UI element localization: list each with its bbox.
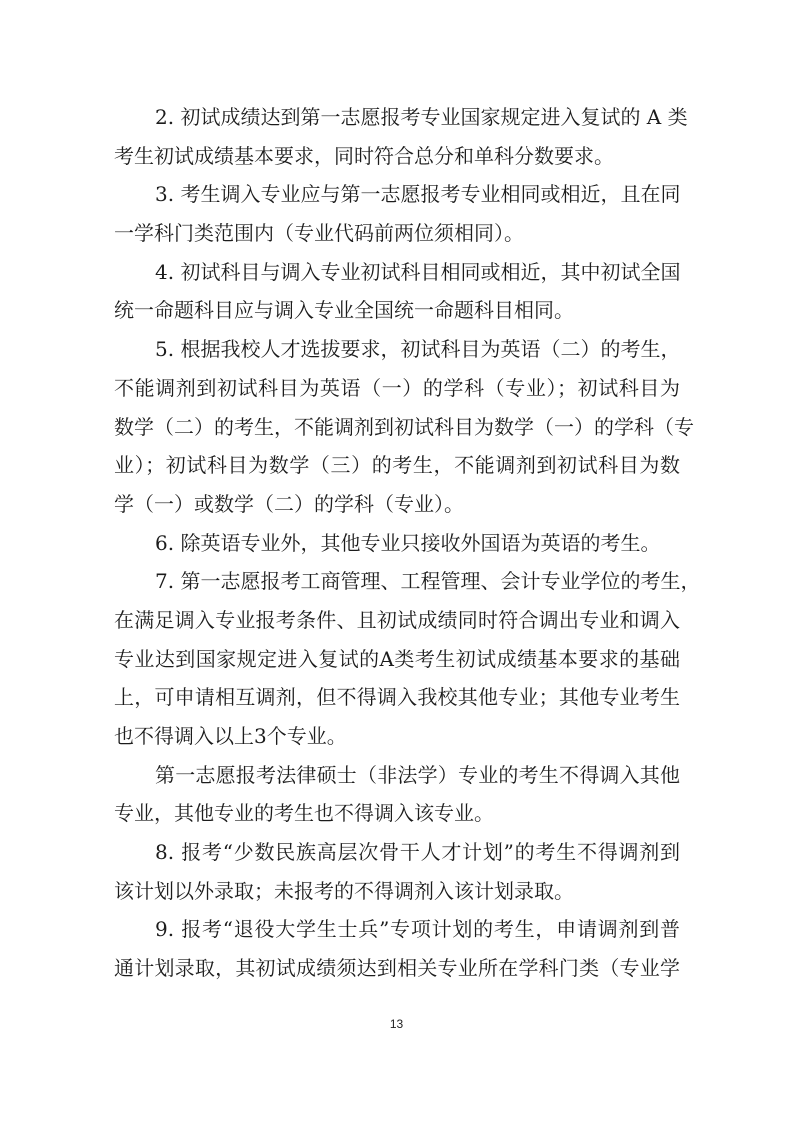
text-line: 也不得调入以上3个专业。 xyxy=(114,717,680,756)
text-line: 在满足调入专业报考条件、且初试成绩同时符合调出专业和调入 xyxy=(114,601,680,640)
text-line: 2. 初试成绩达到第一志愿报考专业国家规定进入复试的 A 类 xyxy=(114,98,680,137)
text-line: 不能调剂到初试科目为英语（一）的学科（专业）；初试科目为 xyxy=(114,369,680,408)
paragraph-item-8: 8. 报考“少数民族高层次骨干人才计划”的考生不得调剂到 该计划以外录取；未报考… xyxy=(114,833,680,910)
text-line: 考生初试成绩基本要求，同时符合总分和单科分数要求。 xyxy=(114,137,680,176)
paragraph-item-3: 3. 考生调入专业应与第一志愿报考专业相同或相近，且在同 一学科门类范围内（专业… xyxy=(114,175,680,252)
paragraph-item-5: 5. 根据我校人才选拔要求，初试科目为英语（二）的考生， 不能调剂到初试科目为英… xyxy=(114,330,680,523)
paragraph-law-master: 第一志愿报考法律硕士（非法学）专业的考生不得调入其他 专业，其他专业的考生也不得… xyxy=(114,756,680,833)
body-text: 2. 初试成绩达到第一志愿报考专业国家规定进入复试的 A 类 考生初试成绩基本要… xyxy=(114,98,680,988)
paragraph-item-4: 4. 初试科目与调入专业初试科目相同或相近，其中初试全国 统一命题科目应与调入专… xyxy=(114,253,680,330)
paragraph-item-2: 2. 初试成绩达到第一志愿报考专业国家规定进入复试的 A 类 考生初试成绩基本要… xyxy=(114,98,680,175)
text-line: 上，可申请相互调剂，但不得调入我校其他专业；其他专业考生 xyxy=(114,678,680,717)
text-line: 专业达到国家规定进入复试的A类考生初试成绩基本要求的基础 xyxy=(114,640,680,679)
text-line: 4. 初试科目与调入专业初试科目相同或相近，其中初试全国 xyxy=(114,253,680,292)
text-line: 数学（二）的考生，不能调剂到初试科目为数学（一）的学科（专 xyxy=(114,408,680,447)
text-line: 专业，其他专业的考生也不得调入该专业。 xyxy=(114,794,680,833)
text-line: 第一志愿报考法律硕士（非法学）专业的考生不得调入其他 xyxy=(114,756,680,795)
text-line: 7. 第一志愿报考工商管理、工程管理、会计专业学位的考生， xyxy=(114,562,680,601)
text-line: 5. 根据我校人才选拔要求，初试科目为英语（二）的考生， xyxy=(114,330,680,369)
document-page: 2. 初试成绩达到第一志愿报考专业国家规定进入复试的 A 类 考生初试成绩基本要… xyxy=(0,0,793,1122)
paragraph-item-6: 6. 除英语专业外，其他专业只接收外国语为英语的考生。 xyxy=(114,524,680,563)
text-line: 8. 报考“少数民族高层次骨干人才计划”的考生不得调剂到 xyxy=(114,833,680,872)
paragraph-item-7: 7. 第一志愿报考工商管理、工程管理、会计专业学位的考生， 在满足调入专业报考条… xyxy=(114,562,680,755)
text-line: 一学科门类范围内（专业代码前两位须相同）。 xyxy=(114,214,680,253)
text-line: 3. 考生调入专业应与第一志愿报考专业相同或相近，且在同 xyxy=(114,175,680,214)
text-line: 统一命题科目应与调入专业全国统一命题科目相同。 xyxy=(114,291,680,330)
paragraph-item-9: 9. 报考“退役大学生士兵”专项计划的考生，申请调剂到普 通计划录取，其初试成绩… xyxy=(114,910,680,987)
text-line: 业）；初试科目为数学（三）的考生，不能调剂到初试科目为数 xyxy=(114,446,680,485)
text-line: 该计划以外录取；未报考的不得调剂入该计划录取。 xyxy=(114,872,680,911)
page-number: 13 xyxy=(0,1017,793,1031)
text-line: 9. 报考“退役大学生士兵”专项计划的考生，申请调剂到普 xyxy=(114,910,680,949)
text-line: 通计划录取，其初试成绩须达到相关专业所在学科门类（专业学 xyxy=(114,949,680,988)
text-line: 6. 除英语专业外，其他专业只接收外国语为英语的考生。 xyxy=(114,524,680,563)
text-line: 学（一）或数学（二）的学科（专业）。 xyxy=(114,485,680,524)
